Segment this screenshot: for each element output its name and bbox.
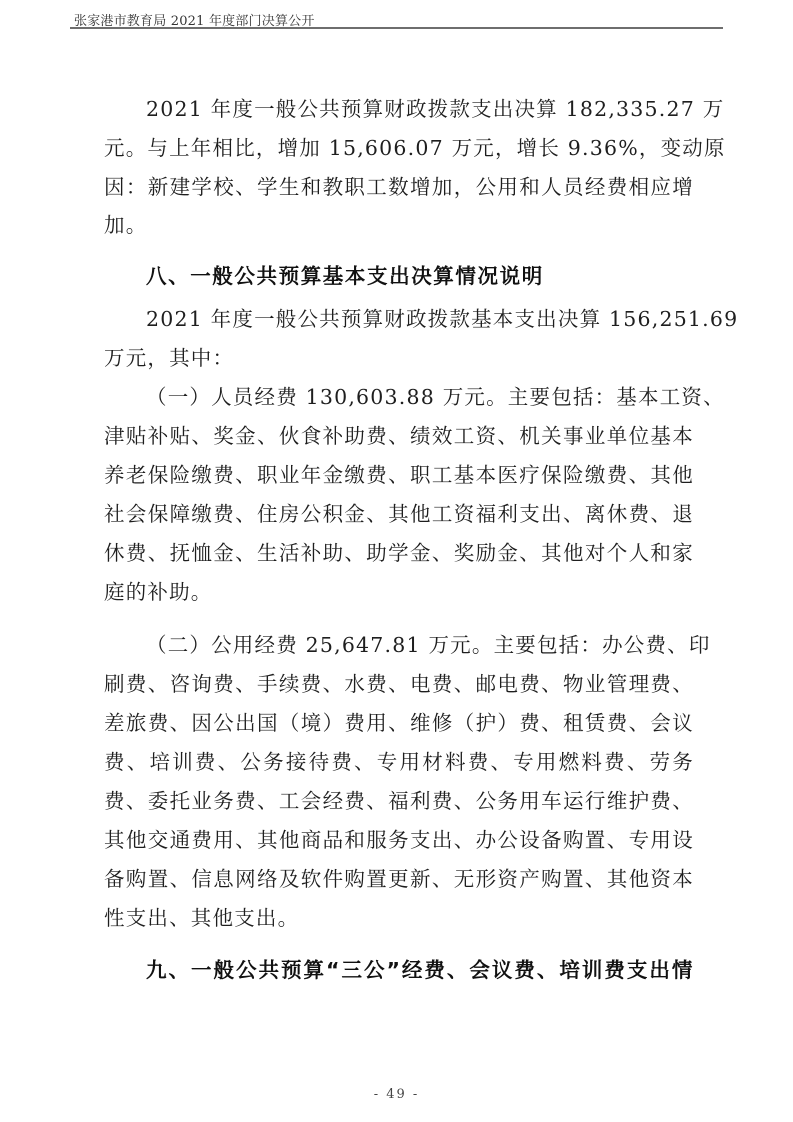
paragraph-public-expenses-line-3: 差旅费、因公出国（境）费用、维修（护）费、租赁费、会议 [104, 708, 694, 738]
paragraph-personnel-expenses-line-5: 休费、抚恤金、生活补助、助学金、奖励金、其他对个人和家 [104, 538, 694, 568]
page-number: - 49 - [0, 1087, 793, 1102]
paragraph-public-expenses-line-8: 性支出、其他支出。 [104, 903, 694, 933]
paragraph-public-expenses-line-4: 费、培训费、公务接待费、专用材料费、专用燃料费、劳务 [104, 747, 694, 777]
paragraph-personnel-expenses-line-2: 津贴补贴、奖金、伙食补助费、绩效工资、机关事业单位基本 [104, 421, 694, 451]
section-heading-basic-expenditure: 八、一般公共预算基本支出决算情况说明 [146, 261, 694, 291]
paragraph-expenditure-total-line-3: 因：新建学校、学生和教职工数增加，公用和人员经费相应增 [104, 172, 694, 202]
paragraph-expenditure-total-line-2: 元。与上年相比，增加 15,606.07 万元，增长 9.36%，变动原 [104, 133, 694, 163]
paragraph-personnel-expenses-line-6: 庭的补助。 [104, 577, 694, 607]
paragraph-basic-expenditure-line-1: 2021 年度一般公共预算财政拨款基本支出决算 156,251.69 [146, 304, 694, 334]
section-heading-three-public-expenses: 九、一般公共预算“三公”经费、会议费、培训费支出情 [146, 955, 694, 985]
document-body: 2021 年度一般公共预算财政拨款支出决算 182,335.27 万 元。与上年… [0, 0, 793, 1122]
paragraph-public-expenses-line-7: 备购置、信息网络及软件购置更新、无形资产购置、其他资本 [104, 864, 694, 894]
paragraph-personnel-expenses-line-1: （一）人员经费 130,603.88 万元。主要包括：基本工资、 [146, 382, 694, 412]
paragraph-public-expenses-line-6: 其他交通费用、其他商品和服务支出、办公设备购置、专用设 [104, 825, 694, 855]
paragraph-personnel-expenses-line-4: 社会保障缴费、住房公积金、其他工资福利支出、离休费、退 [104, 499, 694, 529]
paragraph-public-expenses-line-5: 费、委托业务费、工会经费、福利费、公务用车运行维护费、 [104, 786, 694, 816]
paragraph-public-expenses-line-2: 刷费、咨询费、手续费、水费、电费、邮电费、物业管理费、 [104, 669, 694, 699]
paragraph-basic-expenditure-line-2: 万元，其中： [104, 343, 694, 373]
paragraph-expenditure-total-line-1: 2021 年度一般公共预算财政拨款支出决算 182,335.27 万 [146, 94, 694, 124]
paragraph-expenditure-total-line-4: 加。 [104, 210, 694, 240]
paragraph-personnel-expenses-line-3: 养老保险缴费、职业年金缴费、职工基本医疗保险缴费、其他 [104, 460, 694, 490]
paragraph-public-expenses-line-1: （二）公用经费 25,647.81 万元。主要包括：办公费、印 [146, 630, 694, 660]
